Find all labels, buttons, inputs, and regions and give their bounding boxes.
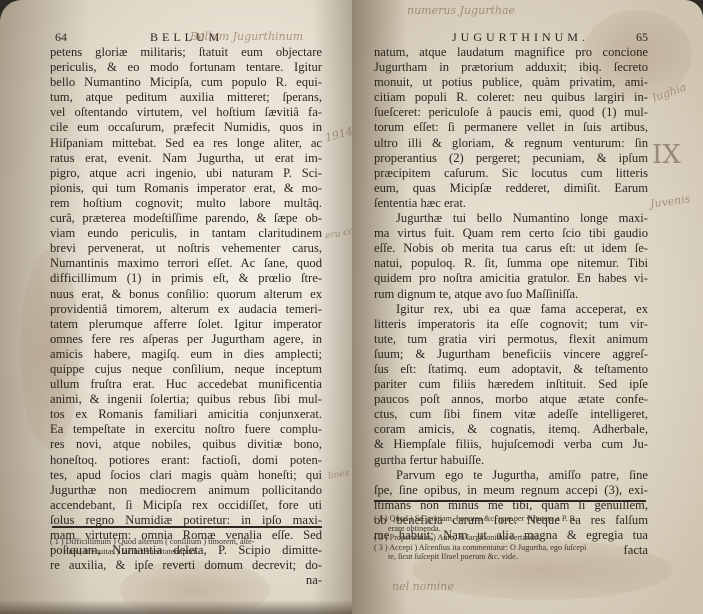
right-body-text: natum, atque laudatum magnifice pro conc… <box>374 45 648 558</box>
text-line: quippe cujus neque conſilium, neque ince… <box>50 362 322 377</box>
text-line: cile eum occaſurum, præfecit Numidis, qu… <box>50 120 322 135</box>
text-line: periculis, & eo modo fortunam tentare. I… <box>50 60 322 75</box>
text-line: amicis habere, magiſq. eum in dies ample… <box>50 347 322 362</box>
footnote-line: te, ſicut ſuſcepit Iſrael puerum &c. vid… <box>374 552 648 562</box>
text-line: animi, & ingenii ſolertia; quibus rebus … <box>50 392 322 407</box>
text-line: properantius (2) pergeret; pecuniam, & i… <box>374 151 648 166</box>
text-line: Ea tempeſtate in exercitu noſtro fuere c… <box>50 422 322 437</box>
text-line: tos ex Romanis familiari amicitia conjun… <box>50 407 322 422</box>
text-line: re auxilia, & ipſe reverti domum decrevi… <box>50 558 322 573</box>
text-line: torum eſſet: ſi permanere vellet in ſuis… <box>374 120 648 135</box>
handwritten-note: 1914 <box>324 125 352 145</box>
page-number: 65 <box>636 30 648 45</box>
text-line: tes, apud ſocios clari magis quàm honeſt… <box>50 468 322 483</box>
left-body-text: petens gloriæ militaris; ſtatuit eum obj… <box>50 45 322 588</box>
text-line: ſueſceret: periculoſe à paucis emi, quod… <box>374 105 648 120</box>
text-line: brevi pervenerat, ut noſtris vehementer … <box>50 241 322 256</box>
text-line: coram amicis, & cognatis, itemq. Adherba… <box>374 422 648 437</box>
text-line: Jugurthæ non mediocrem animum pollicitan… <box>50 483 322 498</box>
text-line: ſpe, ſine opibus, in meum regnum accepi … <box>374 483 648 498</box>
footnote-line: rum ( ſtrenuitas ) facile temeritatem pa… <box>50 547 322 557</box>
page-edge <box>0 600 352 614</box>
footnote-rule <box>374 500 646 502</box>
text-line: vel oſtentando virtutem, vel hoſtium ſæv… <box>50 105 322 120</box>
text-line: difficillimum (1) in primis eſt, & prœli… <box>50 271 322 286</box>
footnote-line: ( 3 ) Accepi ) Aſcenſius ita commentatur… <box>374 543 648 553</box>
handwritten-note: eru color <box>324 224 352 241</box>
text-line: Numantinis maximo terrori eſſet. Ac ſane… <box>50 256 322 271</box>
text-line: ctus, cum ſibi finem vitæ adeſſe intelli… <box>374 407 648 422</box>
text-line: pionis, qui tum Romanis imperator erat, … <box>50 181 322 196</box>
text-line: providentiâ timorem, alterum ex audacia … <box>50 302 322 317</box>
text-line: paucos poſt annos, morbo atque ætate con… <box>374 392 648 407</box>
footnote-line: ( 1 ) Difficillimum ) Quod alterum ( con… <box>50 537 322 547</box>
text-line: ma virtus fuit. Quam rem certo ſcio tibi… <box>374 226 648 241</box>
text-line: quidem pro noſtra amicitia gratulor. En … <box>374 271 648 286</box>
handwritten-note: Bellum Jugurthinum <box>190 30 303 43</box>
text-line: Hiſpaniam mittebat. Sed ea res longe ali… <box>50 136 322 151</box>
text-line: tatem plerumque afferre ſolet. Igitur im… <box>50 317 322 332</box>
catchword: na- <box>50 573 322 588</box>
footnote-line: ( 1 ) Quod ) Sc. gratiam, honores &c. qu… <box>374 514 648 524</box>
text-line: ratus erat, evenit. Nam Jugurtha, ut era… <box>50 151 322 166</box>
left-footnotes: ( 1 ) Difficillimum ) Quod alterum ( con… <box>50 537 322 556</box>
text-line: eum, quas Micipſæ redderet, dimiſit. Ear… <box>374 181 648 196</box>
text-line: honeſtoq. potiores erant: factioſi, domi… <box>50 453 322 468</box>
text-line: omnes fere res aſperas per Jugurtham age… <box>50 332 322 347</box>
text-line: rum dignum te, atque avo ſuo Maſſiniſſa. <box>374 287 648 302</box>
page-number: 64 <box>55 30 67 45</box>
footnote-line: ( 2 ) Properantius ) Auro, & largitionib… <box>374 533 648 543</box>
text-line: natum, atque laudatum magnifice pro conc… <box>374 45 648 60</box>
handwritten-note: nel nomine <box>392 580 454 593</box>
text-line: ultro illi & gloriam, & regnum venturum:… <box>374 136 648 151</box>
text-line: pariter cum filiis hæredem inſtituit. Se… <box>374 377 648 392</box>
text-line: viam eundo periculis, in tantam claritud… <box>50 226 322 241</box>
text-line: monuit, ut potius publice, quàm privatim… <box>374 75 648 90</box>
text-line: petens gloriæ militaris; ſtatuit eum obj… <box>50 45 322 60</box>
footnote-line: erant obtinenda. <box>374 524 648 534</box>
text-line: natui, populoq. R. ſit, ſumma ope nitemu… <box>374 256 648 271</box>
text-line: ullum fruſtra erat. Huc accedebat munifi… <box>50 377 322 392</box>
handwritten-note: lines <box>327 468 350 482</box>
text-line: eſſe. Nobis ob merita tua carus eſt: ut … <box>374 241 648 256</box>
text-line: tute, tum gratia viri permotus, flexit a… <box>374 332 648 347</box>
handwritten-note: IX <box>652 140 681 170</box>
open-book: 64 BELLUM petens gloriæ militaris; ſtatu… <box>0 0 703 614</box>
text-line: ſententia hæc erat. <box>374 196 648 211</box>
text-line: pigro, atque acri ingenio, ubi naturam P… <box>50 166 322 181</box>
text-line: citiam populi R. coleret: neu quibus lar… <box>374 90 648 105</box>
text-line: nuus erat, & bonus conſilio: quorum alte… <box>50 287 322 302</box>
right-footnotes: ( 1 ) Quod ) Sc. gratiam, honores &c. qu… <box>374 514 648 562</box>
text-line: Jugurthæ tui bello Numantino longe maxi- <box>374 211 648 226</box>
text-line: gurtha fertur habuiſſe. <box>374 453 648 468</box>
text-line: ſuum; & Jugurtham beneficiis vincere agg… <box>374 347 648 362</box>
text-line: Igitur rex, ubi ea quæ fama acceperat, e… <box>374 302 648 317</box>
left-page: 64 BELLUM petens gloriæ militaris; ſtatu… <box>0 0 352 614</box>
handwritten-note: Juvenis <box>649 192 691 211</box>
text-line: & Hiempſale filiis, hujuſcemodi verba cu… <box>374 437 648 452</box>
running-head: JUGURTHINUM. <box>452 30 589 45</box>
text-line: Jugurtham in prætorium adduxit; ibiq. ſe… <box>374 60 648 75</box>
handwritten-note: numerus Jugurthae <box>407 4 515 17</box>
text-line: ſus eſt: ſtatimq. eum adoptavit, & teſta… <box>374 362 648 377</box>
text-line: bello Numantino Micipſa, cum populo R. e… <box>50 75 322 90</box>
footnote-rule <box>52 526 322 528</box>
text-line: accendebant, ſi Micipſa rex occidiſſet, … <box>50 498 322 513</box>
text-line: rem hoſtium cognovit; multo labore multâ… <box>50 196 322 211</box>
text-line: res novi, atque nobiles, quibus divitiæ … <box>50 437 322 452</box>
text-line: præcipitem caſurum. Sic locutus cum litt… <box>374 166 648 181</box>
text-line: curâ, præterea modeſtiſſime parendo, & ſ… <box>50 211 322 226</box>
text-line: litteris imperatoris ita eſſe cognovit; … <box>374 317 648 332</box>
text-line: tum, atque peditum auxilia mitteret; ſpe… <box>50 90 322 105</box>
right-page: JUGURTHINUM. 65 natum, atque laudatum ma… <box>352 0 703 614</box>
text-line: Parvum ego te Jugurtha, amiſſo patre, ſi… <box>374 468 648 483</box>
